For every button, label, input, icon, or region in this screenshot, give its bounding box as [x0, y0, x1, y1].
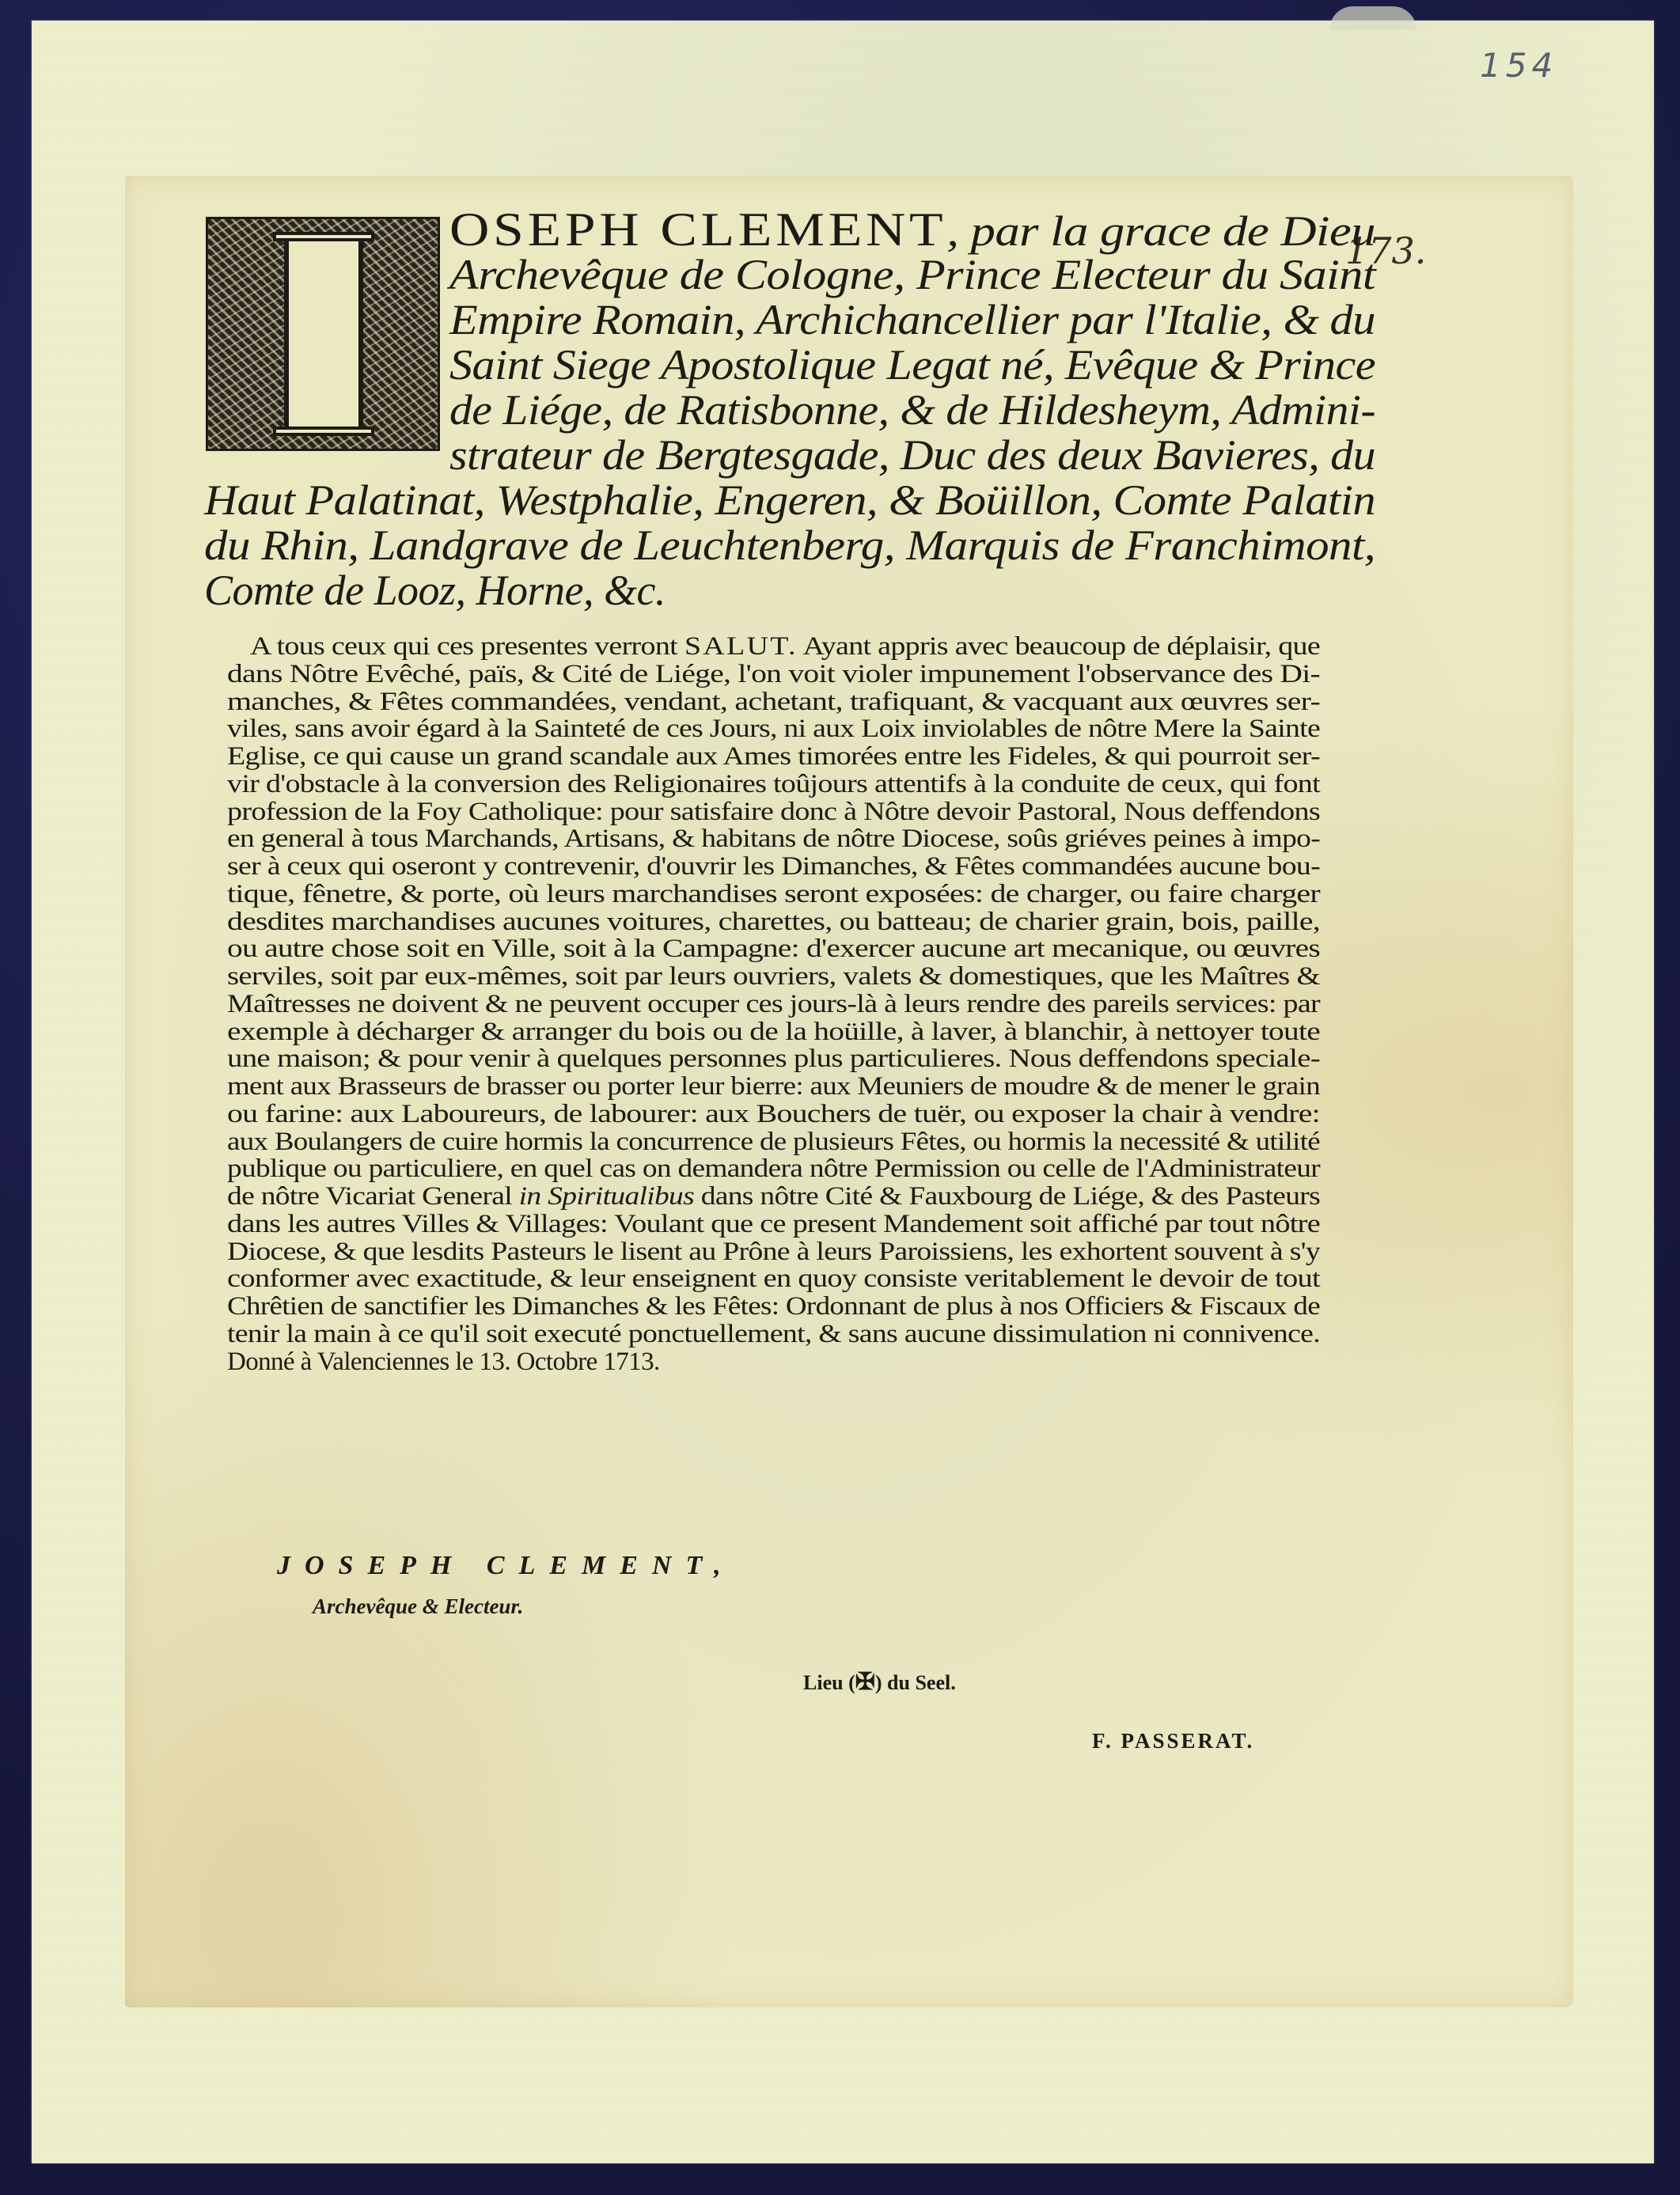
- salut-smallcaps: SALUT.: [685, 632, 798, 661]
- decorated-initial-icon: [206, 217, 440, 451]
- body-line: Chrêtien de sanctifier les Dimanches & l…: [227, 1293, 1320, 1321]
- seal-place: Lieu (✠) du Seel.: [803, 1668, 956, 1696]
- heading-line: du Rhin, Landgrave de Leuchtenberg, Marq…: [204, 523, 1375, 568]
- body-text: Maîtresses ne doivent & ne peuvent occup…: [227, 990, 1320, 1018]
- heading-line: Saint Siege Apostolique Legat né, Evêque…: [449, 343, 1375, 388]
- body-line: exemple à décharger & arranger du bois o…: [227, 1018, 1320, 1046]
- heading-line-text: strateur de Bergtesgade, Duc des deux Ba…: [449, 431, 1375, 479]
- heading-line: OSEPH CLEMENT, par la grace de Dieu: [449, 207, 1375, 254]
- heading-line-text: du Rhin, Landgrave de Leuchtenberg, Marq…: [204, 521, 1375, 569]
- body-text: desdites marchandises aucunes voitures, …: [227, 908, 1320, 936]
- body-line: tique, fênetre, & porte, où leurs marcha…: [227, 881, 1320, 908]
- heading-line-text: Archevêque de Cologne, Prince Electeur d…: [449, 251, 1375, 298]
- body-text: Eglise, ce qui cause un grand scandale a…: [227, 742, 1320, 771]
- body-line: ou farine: aux Laboureurs, de labourer: …: [227, 1101, 1320, 1128]
- body-text: ou farine: aux Laboureurs, de labourer: …: [227, 1100, 1320, 1128]
- body-text: Diocese, & que lesdits Pasteurs le lisen…: [227, 1238, 1320, 1266]
- backing-tab: [1329, 6, 1416, 30]
- body-line: publique ou particuliere, en quel cas on…: [227, 1155, 1320, 1183]
- body-text: Chrêtien de sanctifier les Dimanches & l…: [227, 1292, 1320, 1321]
- heading-line: de Liége, de Ratisbonne, & de Hildesheym…: [449, 388, 1375, 433]
- body-text: tenir la main à ce qu'il soit executé po…: [227, 1320, 1320, 1348]
- body-text: viles, sans avoir égard à la Sainteté de…: [227, 715, 1320, 743]
- body-text: exemple à décharger & arranger du bois o…: [227, 1018, 1320, 1046]
- body-line: conformer avec exactitude, & leur enseig…: [227, 1265, 1320, 1293]
- body-text: dans nôtre Cité & Fauxbourg de Liége, & …: [694, 1182, 1320, 1211]
- seal-label-after: ) du Seel.: [875, 1671, 956, 1694]
- body-text: tique, fênetre, & porte, où leurs marcha…: [227, 880, 1320, 908]
- signature-name: JOSEPH CLEMENT,: [277, 1551, 735, 1581]
- body-line: de nôtre Vicariat General in Spiritualib…: [227, 1183, 1320, 1211]
- body-line: Donné à Valenciennes le 13. Octobre 1713…: [227, 1348, 660, 1376]
- body-text: profession de la Foy Catholique: pour sa…: [227, 798, 1320, 826]
- body-text: ment aux Brasseurs de brasser ou porter …: [227, 1072, 1320, 1101]
- heading-line-text: Comte de Looz, Horne, &c.: [204, 567, 666, 614]
- body-text: dans Nôtre Evêché, païs, & Cité de Liége…: [227, 660, 1320, 688]
- heading-name-caps: OSEPH CLEMENT: [449, 203, 946, 256]
- body-line: aux Boulangers de cuire hormis la concur…: [227, 1128, 1320, 1156]
- body-text: en general à tous Marchands, Artisans, &…: [227, 825, 1320, 853]
- body-text: ser à ceux qui oseront y contrevenir, d'…: [227, 852, 1320, 881]
- body-line: vir d'obstacle à la conversion des Relig…: [227, 771, 1320, 798]
- folio-number: 154: [1480, 46, 1557, 85]
- body-text: serviles, soit par eux-mêmes, soit par l…: [227, 962, 1320, 991]
- body-line: viles, sans avoir égard à la Sainteté de…: [227, 715, 1320, 743]
- body-line: desdites marchandises aucunes voitures, …: [227, 908, 1320, 936]
- heading-line: Comte de Looz, Horne, &c.: [204, 568, 666, 613]
- body-line: une maison; & pour venir à quelques pers…: [227, 1045, 1320, 1073]
- body-text: vir d'obstacle à la conversion des Relig…: [227, 770, 1320, 798]
- signature-title: Archevêque & Electeur.: [313, 1594, 523, 1619]
- body-line: A tous ceux qui ces presentes verront SA…: [250, 633, 1320, 661]
- body-line: ment aux Brasseurs de brasser ou porter …: [227, 1073, 1320, 1101]
- body-text: ou autre chose soit en Ville, soit à la …: [227, 934, 1320, 963]
- body-line: Eglise, ce qui cause un grand scandale a…: [227, 743, 1320, 771]
- body-line: dans les autres Villes & Villages: Voula…: [227, 1211, 1320, 1238]
- cross-icon: ✠: [855, 1669, 875, 1695]
- body-text: A tous ceux qui ces presentes verront: [250, 632, 685, 661]
- body-line: serviles, soit par eux-mêmes, soit par l…: [227, 963, 1320, 991]
- body-line: dans Nôtre Evêché, païs, & Cité de Liége…: [227, 661, 1320, 688]
- body-text: dans les autres Villes & Villages: Voula…: [227, 1210, 1320, 1238]
- heading-line: Archevêque de Cologne, Prince Electeur d…: [449, 252, 1375, 298]
- body-text: de nôtre Vicariat General: [227, 1182, 519, 1211]
- heading-line: strateur de Bergtesgade, Duc des deux Ba…: [449, 433, 1375, 478]
- body-line: profession de la Foy Catholique: pour sa…: [227, 798, 1320, 826]
- body-text: aux Boulangers de cuire hormis la concur…: [227, 1128, 1320, 1156]
- heading-line-text: de Liége, de Ratisbonne, & de Hildesheym…: [449, 386, 1375, 434]
- body-line: ser à ceux qui oseront y contrevenir, d'…: [227, 853, 1320, 881]
- body-text: une maison; & pour venir à quelques pers…: [227, 1044, 1320, 1073]
- latin-italic: in Spiritualibus: [519, 1182, 694, 1211]
- initial-letter-i: [284, 235, 363, 433]
- heading-line: Empire Romain, Archichancellier par l'It…: [449, 298, 1375, 343]
- body-line: en general à tous Marchands, Artisans, &…: [227, 825, 1320, 853]
- body-text: publique ou particuliere, en quel cas on…: [227, 1154, 1320, 1183]
- seal-label-before: Lieu (: [803, 1671, 855, 1694]
- body-text: Donné à Valenciennes le 13. Octobre 1713…: [227, 1348, 660, 1376]
- heading-line-text: Saint Siege Apostolique Legat né, Evêque…: [449, 341, 1375, 389]
- body-line: manches, & Fêtes commandées, vendant, ac…: [227, 688, 1320, 716]
- heading-line-text: Haut Palatinat, Westphalie, Engeren, & B…: [204, 476, 1375, 524]
- body-line: ou autre chose soit en Ville, soit à la …: [227, 935, 1320, 963]
- body-line: Maîtresses ne doivent & ne peuvent occup…: [227, 991, 1320, 1018]
- heading-line: Haut Palatinat, Westphalie, Engeren, & B…: [204, 478, 1375, 523]
- secretary-signature: F. PASSERAT.: [1092, 1729, 1254, 1753]
- body-line: Diocese, & que lesdits Pasteurs le lisen…: [227, 1238, 1320, 1266]
- heading-line-text: , par la grace de Dieu: [946, 207, 1375, 255]
- body-text: Ayant appris avec beaucoup de déplaisir,…: [798, 632, 1320, 661]
- body-line: tenir la main à ce qu'il soit executé po…: [227, 1321, 1320, 1348]
- body-text: manches, & Fêtes commandées, vendant, ac…: [227, 688, 1320, 716]
- body-text: conformer avec exactitude, & leur enseig…: [227, 1264, 1320, 1293]
- heading-line-text: Empire Romain, Archichancellier par l'It…: [449, 296, 1375, 343]
